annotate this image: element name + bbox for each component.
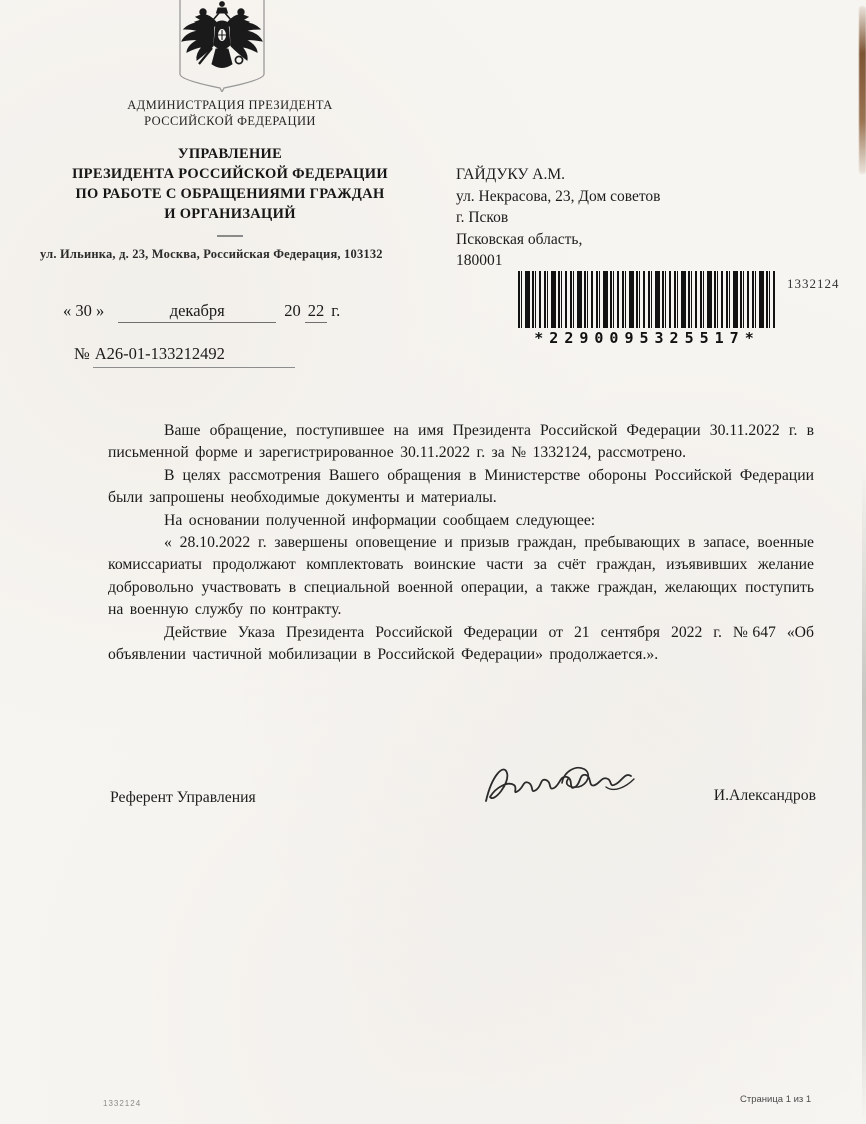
russian-coat-of-arms-icon	[176, 0, 268, 92]
scan-edge-artifact-bottom	[862, 470, 866, 1124]
org-name-line: РОССИЙСКОЙ ФЕДЕРАЦИИ	[28, 114, 432, 130]
postal-barcode: *2290095325517*	[517, 271, 777, 347]
department-name-line: И ОРГАНИЗАЦИЙ	[28, 204, 432, 224]
recipient-postal-code: 180001	[456, 250, 661, 272]
reference-number-label: №	[74, 344, 90, 363]
recipient-address-line: г. Псков	[456, 207, 661, 229]
footer-document-id: 1332124	[103, 1099, 141, 1108]
body-paragraph: « 28.10.2022 г. завершены оповещение и п…	[108, 532, 814, 622]
body-paragraph: В целях рассмотрения Вашего обращения в …	[108, 465, 814, 510]
letterhead-divider	[217, 235, 243, 237]
date-era: г.	[331, 301, 340, 320]
body-paragraph: На основании полученной информации сообщ…	[108, 510, 814, 532]
signature-block: Референт Управления И.Александров	[110, 755, 816, 815]
department-name: УПРАВЛЕНИЕ ПРЕЗИДЕНТА РОССИЙСКОЙ ФЕДЕРАЦ…	[28, 144, 432, 224]
body-paragraph: Ваше обращение, поступившее на имя Прези…	[108, 420, 814, 465]
recipient-address-block: ГАЙДУКУ А.М. ул. Некрасова, 23, Дом сове…	[456, 164, 661, 272]
scan-edge-artifact-top	[859, 6, 866, 174]
signer-title: Референт Управления	[110, 789, 256, 807]
signer-name: И.Александров	[714, 787, 816, 805]
recipient-address-line: ул. Некрасова, 23, Дом советов	[456, 186, 661, 208]
reference-number-value: А26-01-133212492	[93, 344, 295, 368]
handwritten-signature-icon	[478, 757, 638, 811]
scanned-letter-page: АДМИНИСТРАЦИЯ ПРЕЗИДЕНТА РОССИЙСКОЙ ФЕДЕ…	[0, 0, 866, 1124]
org-name-line: АДМИНИСТРАЦИЯ ПРЕЗИДЕНТА	[28, 98, 432, 114]
recipient-address-line: Псковская область,	[456, 229, 661, 251]
footer-page-number: Страница 1 из 1	[740, 1094, 811, 1105]
department-name-line: УПРАВЛЕНИЕ	[28, 144, 432, 164]
barcode-bars	[518, 271, 776, 328]
date-year-prefix: 20	[284, 301, 301, 320]
letterhead: АДМИНИСТРАЦИЯ ПРЕЗИДЕНТА РОССИЙСКОЙ ФЕДЕ…	[28, 98, 432, 237]
letter-date: « 30 »декабря2022г.	[63, 301, 340, 323]
barcode-digits: *2290095325517*	[517, 329, 777, 347]
date-month: декабря	[118, 301, 276, 323]
recipient-name: ГАЙДУКУ А.М.	[456, 164, 661, 186]
registration-number-stamp: 1332124	[787, 276, 840, 292]
date-day: « 30 »	[63, 301, 104, 320]
letter-body: Ваше обращение, поступившее на имя Прези…	[108, 420, 814, 666]
sender-address: ул. Ильинка, д. 23, Москва, Российская Ф…	[40, 247, 460, 262]
date-year-suffix: 22	[305, 301, 328, 323]
body-paragraph: Действие Указа Президента Российской Фед…	[108, 622, 814, 667]
reference-number: №А26-01-133212492	[74, 344, 295, 368]
department-name-line: ПРЕЗИДЕНТА РОССИЙСКОЙ ФЕДЕРАЦИИ	[28, 164, 432, 184]
department-name-line: ПО РАБОТЕ С ОБРАЩЕНИЯМИ ГРАЖДАН	[28, 184, 432, 204]
